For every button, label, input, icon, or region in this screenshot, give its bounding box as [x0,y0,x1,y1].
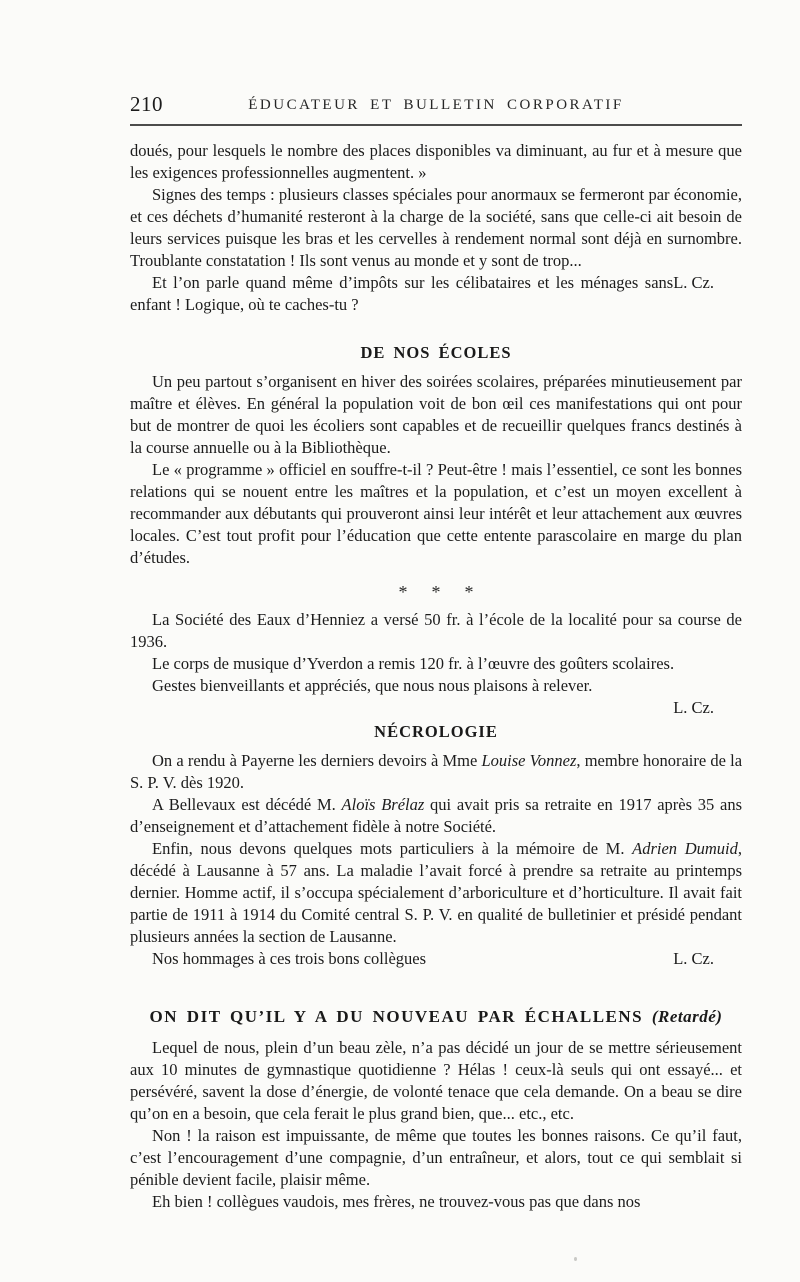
paragraph-text: Enfin, nous devons quelques mots particu… [152,839,632,858]
heading-text: ON DIT QU’IL Y A DU NOUVEAU PAR ÉCHALLEN… [150,1007,644,1026]
paragraph-text: On a rendu à Payerne les derniers devoir… [152,751,481,770]
section-heading-necrologie: NÉCROLOGIE [130,721,742,743]
paragraph-corps-musique: Le corps de musique d’Yverdon a remis 12… [130,653,742,675]
paragraph-alois-brelaz: A Bellevaux est décédé M. Aloïs Brélaz q… [130,794,742,838]
signature-line: L. Cz. [130,697,742,719]
page-header: 210 ÉDUCATEUR ET BULLETIN CORPORATIF [130,92,742,120]
paragraph-programme-officiel: Le « programme » officiel en souffre-t-i… [130,459,742,569]
person-name: Aloïs Brélaz [342,795,425,814]
paragraph-continuation: doués, pour lesquels le nombre des place… [130,140,742,184]
person-name: Adrien Dumuid [632,839,738,858]
author-initials: L. Cz. [673,272,714,294]
author-initials: L. Cz. [673,948,714,970]
paragraph-raison-impuissante: Non ! la raison est impuissante, de même… [130,1125,742,1191]
paragraph-adrien-dumuid: Enfin, nous devons quelques mots particu… [130,838,742,948]
paragraph-eaux-henniez: La Société des Eaux d’Henniez a versé 50… [130,609,742,653]
section-heading-echallens: ON DIT QU’IL Y A DU NOUVEAU PAR ÉCHALLEN… [130,1006,742,1028]
paragraph-louise-vonnez: On a rendu à Payerne les derniers devoir… [130,750,742,794]
paragraph-with-signature: L. Cz.Nos hommages à ces trois bons coll… [130,948,742,970]
journal-title: ÉDUCATEUR ET BULLETIN CORPORATIF [130,92,742,114]
paragraph-gymnastique: Lequel de nous, plein d’un beau zèle, n’… [130,1037,742,1125]
paragraph-gestes: Gestes bienveillants et appréciés, que n… [130,675,742,697]
page-number: 210 [130,92,163,117]
page-body: doués, pour lesquels le nombre des place… [130,140,742,1213]
text-column: 210 ÉDUCATEUR ET BULLETIN CORPORATIF dou… [130,92,742,1213]
heading-note-retarde: (Retardé) [652,1007,723,1026]
author-initials: L. Cz. [673,698,714,717]
section-heading-de-nos-ecoles: DE NOS ÉCOLES [130,342,742,364]
paragraph-soirees-scolaires: Un peu partout s’organisent en hiver des… [130,371,742,459]
scan-artifact-speck [574,1257,577,1261]
paragraph-text: Et l’on parle quand même d’impôts sur le… [130,273,673,314]
paragraph-with-signature: L. Cz.Et l’on parle quand même d’impôts … [130,272,742,316]
scanned-page: 210 ÉDUCATEUR ET BULLETIN CORPORATIF dou… [0,0,800,1282]
paragraph-text: A Bellevaux est décédé M. [152,795,342,814]
paragraph-eh-bien: Eh bien ! collègues vaudois, mes frères,… [130,1191,742,1213]
paragraph-text: Nos hommages à ces trois bons collègues [152,949,426,968]
paragraph-signes-des-temps: Signes des temps : plusieurs classes spé… [130,184,742,272]
person-name: Louise Vonnez [481,751,576,770]
asterisk-separator: *** [130,581,742,603]
header-rule [130,124,742,126]
